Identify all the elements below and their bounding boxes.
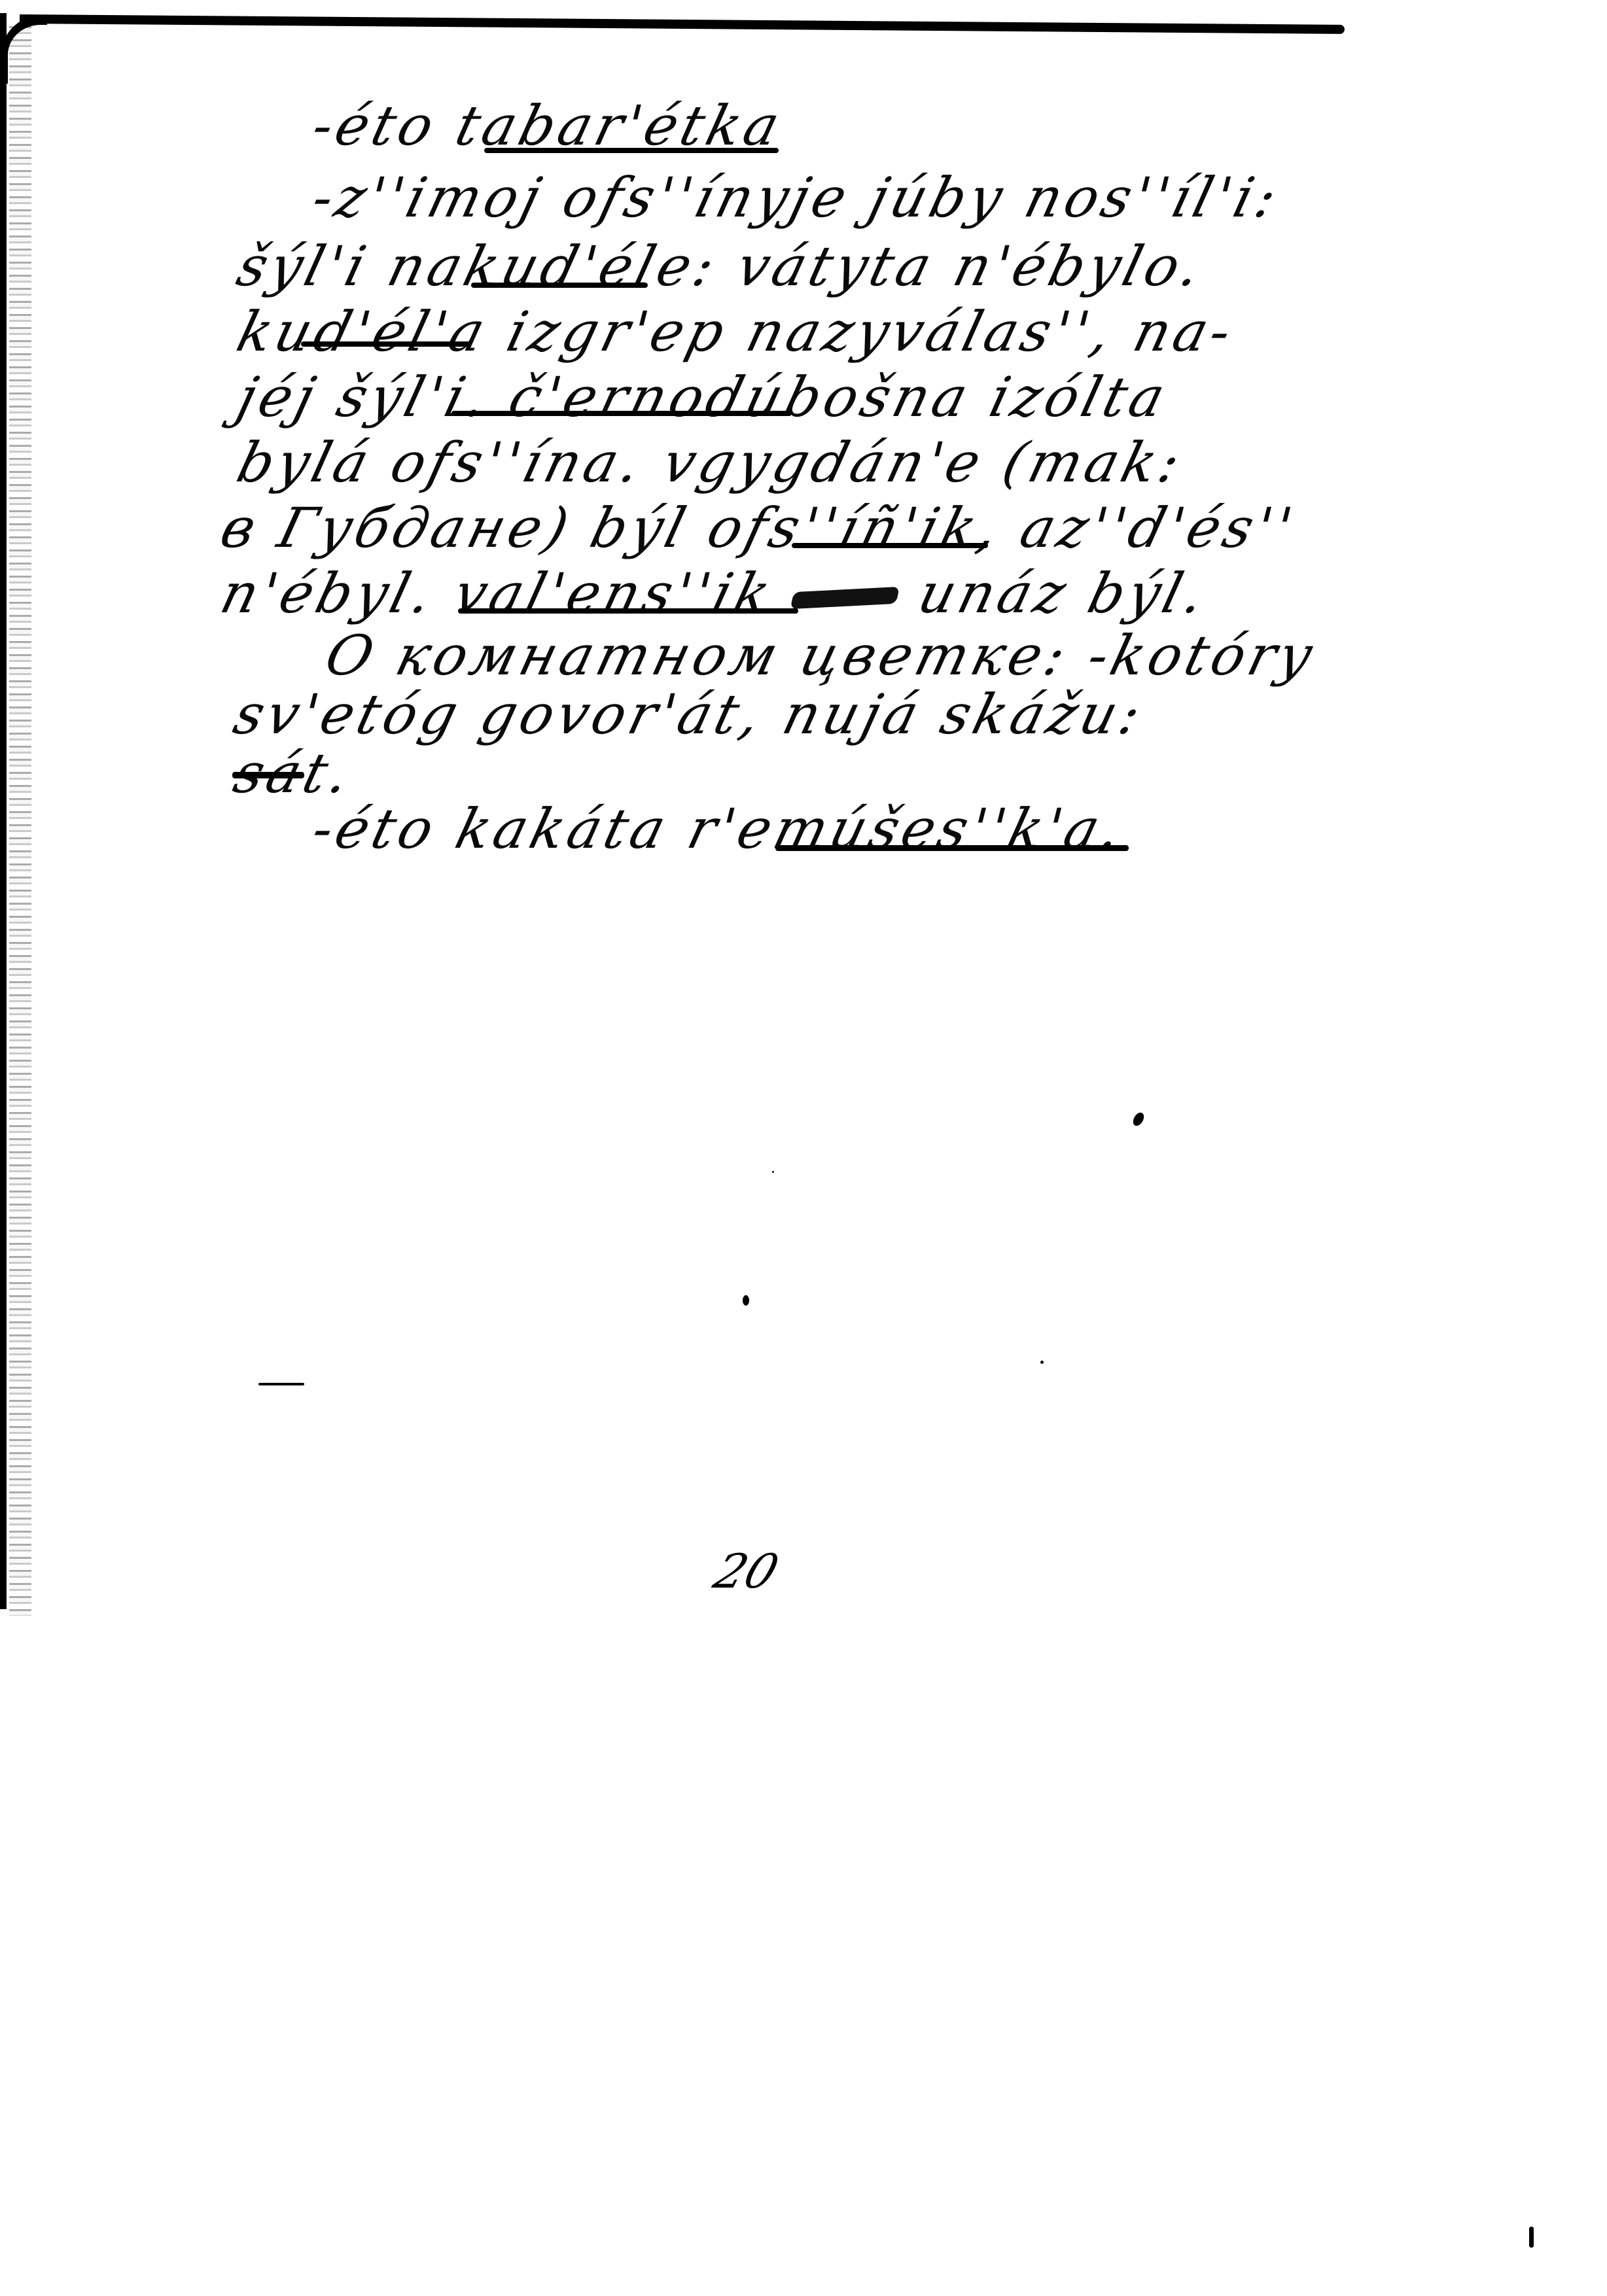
underline-valensik — [458, 608, 798, 614]
underline-remusesk — [775, 845, 1129, 851]
stray-dash — [258, 1383, 304, 1385]
handwritten-line-5: jéj šýl'i. č'ernodúbošna izólta — [232, 370, 1174, 425]
scan-left-speckle — [9, 26, 31, 1616]
underline-izgrep — [301, 341, 471, 347]
stray-tick-mark — [1529, 2227, 1534, 2248]
handwritten-line-9: О комнатном цветке: -kotóry — [321, 628, 1322, 683]
handwritten-line-3: šýl'i nakud'éle: vátyta n'ébylo. — [232, 239, 1210, 294]
line-8-part-1: n'ébyl. val'ens''ik — [215, 561, 802, 625]
stray-mark — [1131, 1111, 1146, 1128]
underline-kudele — [471, 283, 648, 288]
stray-mark — [772, 1171, 774, 1173]
line-8-part-2: unáz býl. — [891, 561, 1214, 625]
handwritten-line-2: -z''imoj ofs''ínyje júby nos''íl'i: — [308, 170, 1286, 225]
page-number: 20 — [707, 1544, 785, 1599]
underline-chernodubosna — [451, 411, 792, 416]
stray-mark — [1040, 1361, 1044, 1364]
crossed-out-word — [790, 587, 900, 609]
scan-top-border — [20, 14, 1345, 34]
handwritten-line-7: в Губдане) býl ofs''íñ'ik, az''d'és'' — [216, 500, 1301, 555]
handwritten-line-6: bylá ofs''ína. vgygdán'e (mak: — [232, 435, 1190, 490]
underline-sat — [232, 772, 304, 778]
handwritten-line-1: -éto tabar'étka — [308, 98, 788, 153]
scan-left-edge — [0, 13, 7, 1609]
handwritten-line-10: sv'etóg govor'át, nujá skážu: — [229, 687, 1150, 742]
stray-mark — [743, 1295, 749, 1306]
manuscript-page: -éto tabar'étka -z''imoj ofs''ínyje júby… — [0, 0, 1607, 2296]
underline-tabaretka — [484, 148, 779, 153]
handwritten-line-4: kud'él'a izgr'ep nazyválas'', na- — [232, 304, 1241, 359]
underline-ofsinik — [792, 543, 988, 548]
